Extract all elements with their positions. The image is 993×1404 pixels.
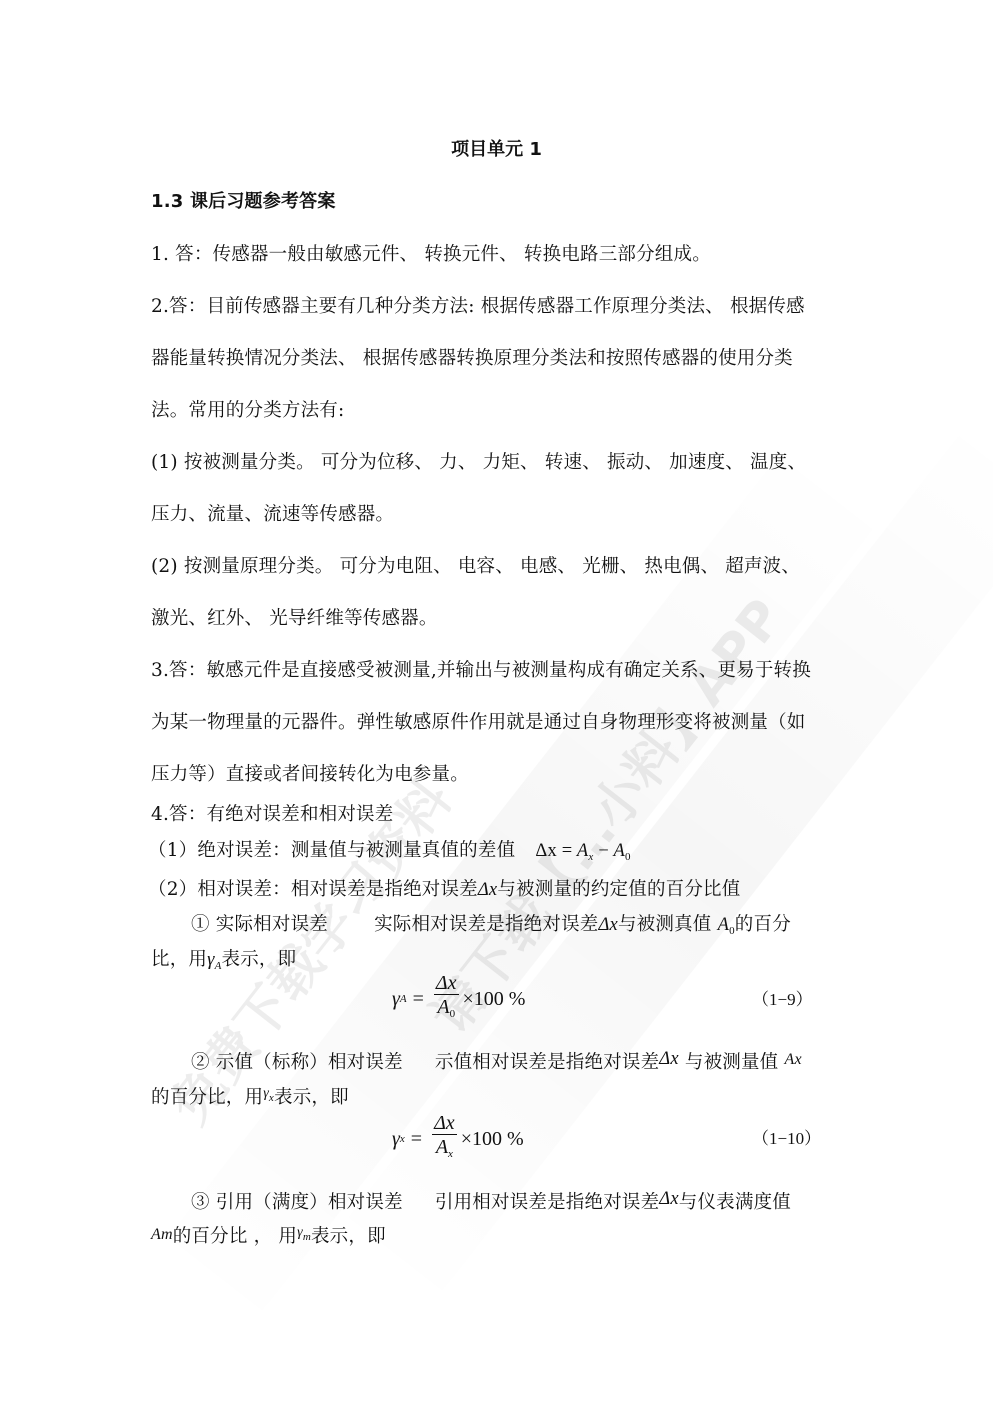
actual-line2-post: 表示，即	[222, 949, 297, 970]
actual-desc-post: 的百分	[735, 914, 791, 935]
delta-x-symbol: Δx	[659, 1049, 678, 1069]
formula-lhs: γ	[392, 1128, 400, 1151]
formula-lhs: γ	[392, 988, 400, 1011]
delta-x-symbol: Δx	[598, 915, 617, 935]
formula-b-sub: 0	[625, 851, 631, 863]
fraction: Δx Ax	[432, 1112, 457, 1166]
answer-3-line-1: 3.答：敏感元件是直接感受被测量,并输出与被测量构成有确定关系、更易于转换	[151, 656, 811, 682]
absolute-error-line: （1）绝对误差：测量值与被测量真值的差值 Δx = Ax − A0	[148, 836, 631, 863]
indicated-desc-mid: 与被测量值	[685, 1052, 779, 1073]
gamma-sub: m	[303, 1231, 311, 1243]
a0-symbol: A	[718, 915, 730, 935]
reference-line2-post: 表示，即	[311, 1226, 386, 1247]
formula-tail: ×100 %	[463, 988, 526, 1011]
answer-2-item-1-line-1: (1) 按被测量分类。 可分为位移、 力、 力矩、 转速、 振动、 加速度、 温…	[151, 448, 806, 474]
actual-desc-mid: 与被测真值	[618, 914, 712, 935]
fraction-denominator: A	[437, 996, 449, 1018]
actual-relative-error-label: ① 实际相对误差	[191, 914, 328, 935]
fraction-numerator: Δx	[432, 1112, 457, 1135]
answer-4-intro: 4.答：有绝对误差和相对误差	[151, 800, 393, 826]
formula-lhs-sub: x	[400, 1133, 405, 1145]
formula-minus: −	[598, 841, 609, 861]
reference-line2-mid: 的百分比 ， 用	[173, 1226, 297, 1247]
answer-2-item-2-line-2: 激光、红外、 光导纤维等传感器。	[151, 604, 438, 630]
page-title: 项目单元 1	[0, 135, 993, 161]
indicated-line2-pre: 的百分比，用	[151, 1087, 263, 1108]
relative-error-text-pre: （2）相对误差：相对误差是指绝对误差	[148, 879, 478, 900]
formula-b: A	[613, 841, 625, 861]
actual-desc-pre: 实际相对误差是指绝对误差	[374, 914, 598, 935]
indicated-line2-post: 表示，即	[274, 1087, 349, 1108]
fraction: Δx A0	[434, 972, 459, 1026]
watermark-band	[330, 413, 993, 1314]
indicated-desc-pre: 示值相对误差是指绝对误差	[435, 1052, 659, 1073]
delta-x-symbol: Δx	[659, 1189, 678, 1209]
reference-relative-error-line-2: Am的百分比 ， 用γm表示，即	[151, 1222, 386, 1248]
equation-number: （1−9）	[752, 985, 813, 1010]
answer-3-line-2: 为某一物理量的元器件。弹性敏感原件作用就是通过自身物理形变将被测量（如	[151, 708, 806, 734]
formula-a: A	[577, 841, 589, 861]
formula-lhs: Δx	[535, 841, 557, 861]
reference-desc-pre: 引用相对误差是指绝对误差	[435, 1192, 659, 1213]
am-symbol: Am	[151, 1226, 173, 1243]
answer-2-line-1: 2.答：目前传感器主要有几种分类方法: 根据传感器工作原理分类法、 根据传感	[151, 292, 805, 318]
absolute-error-formula: Δx = Ax − A0	[535, 841, 630, 861]
indicated-relative-error-line-1: ② 示值（标称）相对误差 示值相对误差是指绝对误差Δx 与被测量值 Ax	[191, 1048, 802, 1074]
fraction-denominator: A	[436, 1136, 448, 1158]
formula-eq: =	[562, 841, 573, 861]
answer-2-item-1-line-2: 压力、流量、流速等传感器。	[151, 500, 394, 526]
answer-2-line-2: 器能量转换情况分类法、 根据传感器转换原理分类法和按照传感器的使用分类	[151, 344, 793, 370]
reference-desc-post: 与仪表满度值	[679, 1192, 791, 1213]
formula-tail: ×100 %	[461, 1128, 524, 1151]
formula-1-9: γA = Δx A0 ×100 %	[392, 972, 525, 1026]
actual-line2-pre: 比，用	[151, 949, 207, 970]
formula-eq: =	[413, 988, 424, 1011]
absolute-error-label: （1）绝对误差：测量值与被测量真值的差值	[148, 840, 515, 861]
document-page: 免费下载学习资料 请下载【…小料】APP 项目单元 1 1.3 课后习题参考答案…	[0, 0, 993, 1404]
formula-a-sub: x	[588, 851, 593, 863]
gamma-sub: A	[215, 960, 222, 972]
actual-relative-error-line-1: ① 实际相对误差 实际相对误差是指绝对误差Δx与被测真值 A0的百分	[191, 910, 791, 937]
answer-1: 1. 答：传感器一般由敏感元件、 转换元件、 转换电路三部分组成。	[151, 240, 711, 266]
answer-2-line-3: 法。常用的分类方法有:	[151, 396, 344, 422]
formula-eq: =	[411, 1128, 422, 1151]
ax-symbol: Ax	[784, 1051, 801, 1068]
gamma-symbol: γ	[207, 950, 215, 970]
formula-1-10: γx = Δx Ax ×100 %	[392, 1112, 524, 1166]
reference-relative-error-label: ③ 引用（满度）相对误差	[191, 1192, 403, 1213]
answer-2-item-2-line-1: (2) 按测量原理分类。 可分为电阻、 电容、 电感、 光栅、 热电偶、 超声波…	[151, 552, 800, 578]
fraction-denominator-sub: 0	[450, 1008, 456, 1020]
formula-lhs-sub: A	[400, 993, 407, 1005]
answer-3-line-3: 压力等）直接或者间接转化为电参量。	[151, 760, 469, 786]
indicated-relative-error-label: ② 示值（标称）相对误差	[191, 1052, 403, 1073]
equation-number: （1−10）	[752, 1124, 821, 1149]
section-heading: 1.3 课后习题参考答案	[151, 187, 336, 213]
indicated-relative-error-line-2: 的百分比，用γx表示，即	[151, 1083, 349, 1109]
actual-relative-error-line-2: 比，用γA表示，即	[151, 945, 296, 972]
relative-error-text-post: 与被测量的约定值的百分比值	[497, 879, 740, 900]
delta-x-symbol: Δx	[478, 880, 497, 900]
fraction-denominator-sub: x	[448, 1148, 453, 1160]
fraction-numerator: Δx	[434, 972, 459, 995]
reference-relative-error-line-1: ③ 引用（满度）相对误差 引用相对误差是指绝对误差Δx与仪表满度值	[191, 1188, 791, 1214]
relative-error-line: （2）相对误差：相对误差是指绝对误差Δx与被测量的约定值的百分比值	[148, 875, 740, 901]
